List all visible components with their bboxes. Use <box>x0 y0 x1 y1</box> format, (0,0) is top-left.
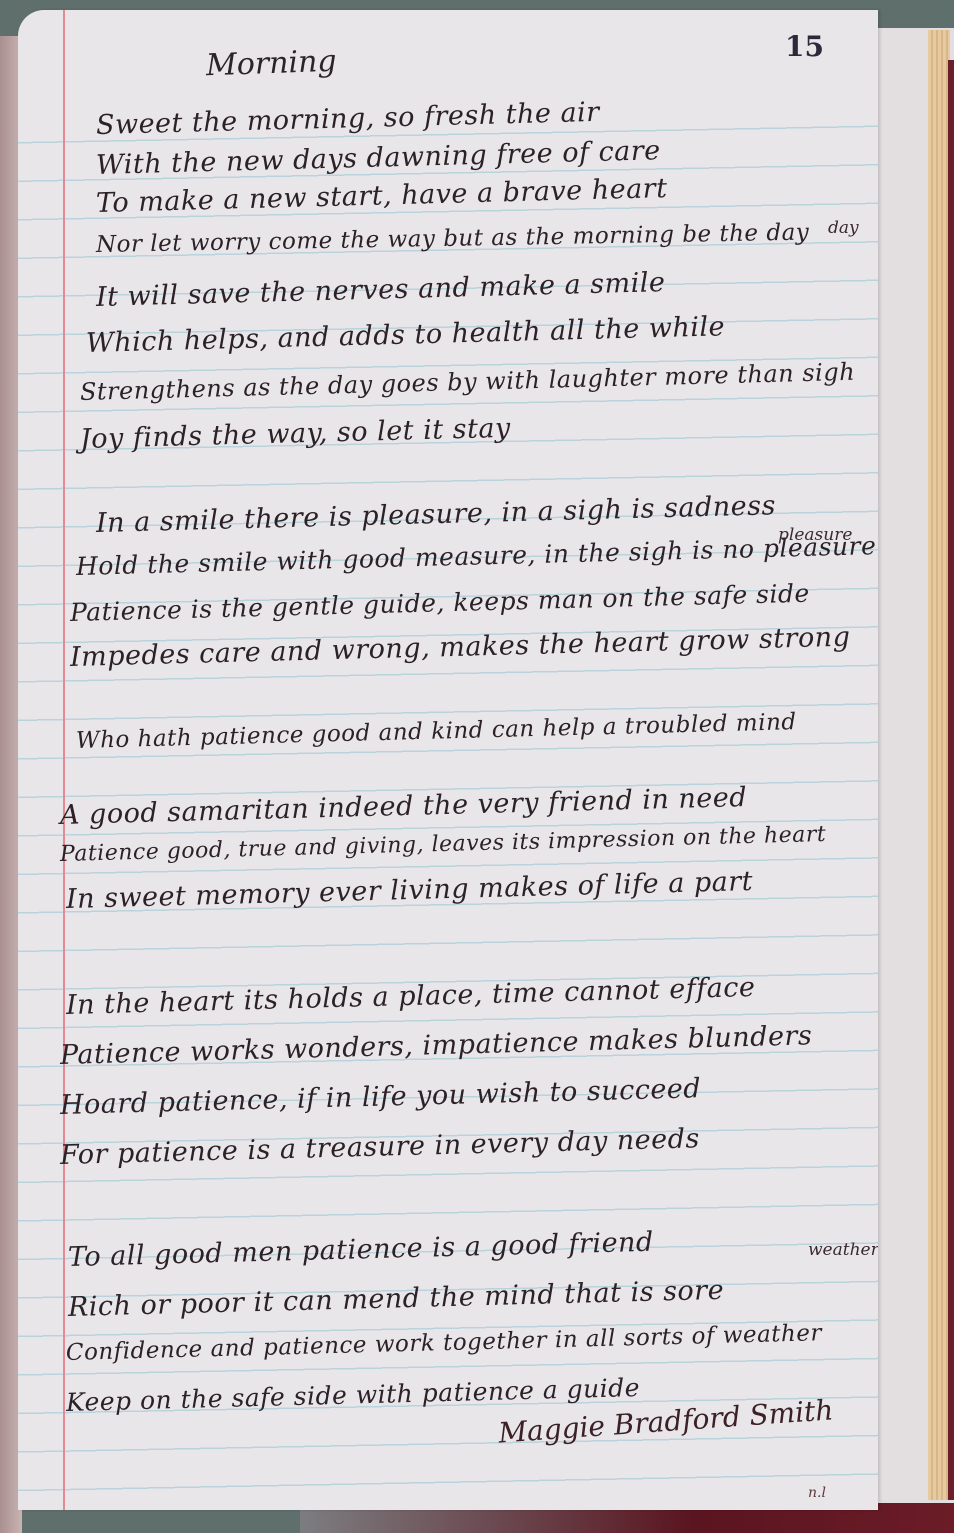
book-cover-right <box>948 60 954 1500</box>
insertion-pleasure: pleasure <box>778 525 852 545</box>
notebook-page: 15 Morning Sweet the morning, so fresh t… <box>18 10 878 1510</box>
margin-line <box>63 10 65 1510</box>
poem-title: Morning <box>205 44 337 84</box>
page-edges <box>928 30 950 1500</box>
insertion-weather: weather <box>808 1240 878 1260</box>
page-number: 15 <box>785 30 824 63</box>
corner-mark: n.l <box>808 1485 826 1501</box>
insertion-day: day <box>828 218 859 238</box>
